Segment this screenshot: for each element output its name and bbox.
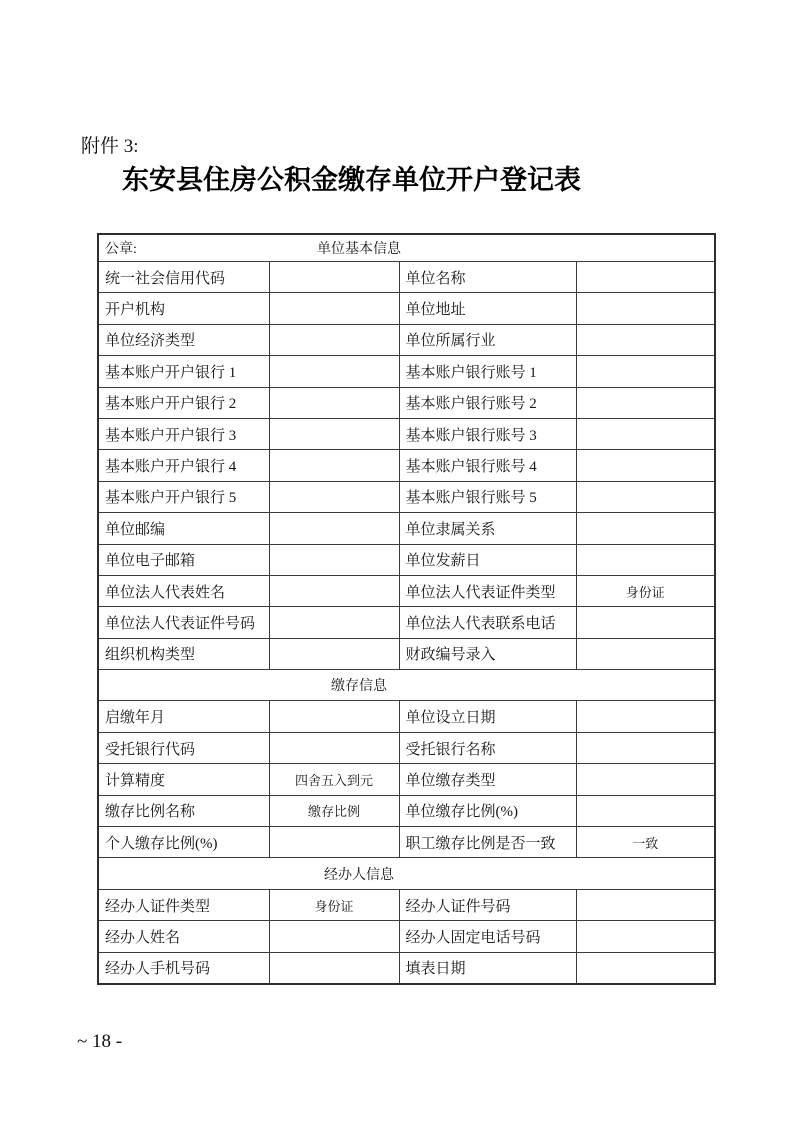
field-label: 计算精度: [98, 764, 269, 795]
field-value: [576, 387, 715, 418]
table-row: 统一社会信用代码单位名称: [98, 262, 715, 293]
field-value: 四舍五入到元: [269, 764, 399, 795]
field-value: [269, 513, 399, 544]
section-title: 经办人信息: [98, 858, 715, 889]
table-row: 启缴年月单位设立日期: [98, 701, 715, 732]
table-row: 基本账户开户银行 2基本账户银行账号 2: [98, 387, 715, 418]
table-row: 基本账户开户银行 1基本账户银行账号 1: [98, 356, 715, 387]
page-title: 东安县住房公积金缴存单位开户登记表: [122, 158, 581, 197]
field-label: 经办人姓名: [98, 921, 269, 952]
field-value: [576, 764, 715, 795]
field-value: [576, 889, 715, 920]
section-title-row: 经办人信息: [98, 858, 715, 889]
table-row: 基本账户开户银行 4基本账户银行账号 4: [98, 450, 715, 481]
table-row: 单位法人代表姓名单位法人代表证件类型身份证: [98, 575, 715, 606]
field-label: 基本账户银行账号 5: [399, 481, 576, 512]
field-label: 受托银行代码: [98, 732, 269, 763]
field-label: 单位发薪日: [399, 544, 576, 575]
field-label: 基本账户银行账号 3: [399, 418, 576, 449]
field-value: [576, 732, 715, 763]
field-value: [269, 450, 399, 481]
field-value: 缴存比例: [269, 795, 399, 826]
attachment-label: 附件 3:: [81, 131, 139, 158]
field-label: 单位名称: [399, 262, 576, 293]
field-label: 单位地址: [399, 293, 576, 324]
field-value: [269, 638, 399, 669]
field-value: [576, 324, 715, 355]
table-row: 基本账户开户银行 3基本账户银行账号 3: [98, 418, 715, 449]
field-value: [576, 293, 715, 324]
field-value: 身份证: [269, 889, 399, 920]
seal-label: 公章:: [105, 238, 137, 258]
table-row: 开户机构单位地址: [98, 293, 715, 324]
field-label: 单位电子邮箱: [98, 544, 269, 575]
field-label: 基本账户银行账号 1: [399, 356, 576, 387]
field-value: [269, 952, 399, 984]
table-row: 单位邮编单位隶属关系: [98, 513, 715, 544]
field-label: 单位经济类型: [98, 324, 269, 355]
field-label: 受托银行名称: [399, 732, 576, 763]
field-label: 经办人证件类型: [98, 889, 269, 920]
field-value: [269, 701, 399, 732]
field-value: [576, 481, 715, 512]
field-label: 单位法人代表证件类型: [399, 575, 576, 606]
field-value: [576, 607, 715, 638]
field-value: [576, 356, 715, 387]
field-label: 单位法人代表姓名: [98, 575, 269, 606]
field-label: 基本账户银行账号 2: [399, 387, 576, 418]
table-row: 计算精度四舍五入到元单位缴存类型: [98, 764, 715, 795]
field-label: 基本账户开户银行 1: [98, 356, 269, 387]
section-title: 单位基本信息: [317, 242, 401, 257]
table-row: 个人缴存比例(%)职工缴存比例是否一致一致: [98, 827, 715, 858]
field-label: 缴存比例名称: [98, 795, 269, 826]
field-value: [269, 921, 399, 952]
field-value: [269, 575, 399, 606]
field-label: 基本账户开户银行 5: [98, 481, 269, 512]
table-row: 经办人姓名经办人固定电话号码: [98, 921, 715, 952]
field-label: 基本账户开户银行 4: [98, 450, 269, 481]
table-row: 缴存比例名称缴存比例单位缴存比例(%): [98, 795, 715, 826]
table-row: 经办人手机号码填表日期: [98, 952, 715, 984]
field-value: [576, 544, 715, 575]
field-label: 基本账户银行账号 4: [399, 450, 576, 481]
field-value: [576, 262, 715, 293]
field-value: [269, 387, 399, 418]
field-label: 单位缴存类型: [399, 764, 576, 795]
field-value: [269, 356, 399, 387]
field-value: [576, 418, 715, 449]
field-value: [269, 732, 399, 763]
field-label: 个人缴存比例(%): [98, 827, 269, 858]
field-label: 经办人证件号码: [399, 889, 576, 920]
field-value: [269, 418, 399, 449]
field-label: 经办人手机号码: [98, 952, 269, 984]
field-label: 单位法人代表证件号码: [98, 607, 269, 638]
field-label: 基本账户开户银行 3: [98, 418, 269, 449]
field-value: [576, 952, 715, 984]
field-label: 开户机构: [98, 293, 269, 324]
field-value: [269, 544, 399, 575]
section-title: 缴存信息: [98, 670, 715, 701]
field-label: 经办人固定电话号码: [399, 921, 576, 952]
document-page: 附件 3: 东安县住房公积金缴存单位开户登记表 公章: 单位基本信息 统一社会信…: [0, 0, 793, 1122]
registration-form-table: 公章: 单位基本信息 统一社会信用代码单位名称开户机构单位地址单位经济类型单位所…: [97, 233, 716, 985]
table-row: 组织机构类型财政编号录入: [98, 638, 715, 669]
field-value: [269, 607, 399, 638]
field-value: [576, 701, 715, 732]
table-row: 经办人证件类型身份证经办人证件号码: [98, 889, 715, 920]
field-value: [269, 481, 399, 512]
field-value: 身份证: [576, 575, 715, 606]
field-value: [269, 827, 399, 858]
table-row: 单位经济类型单位所属行业: [98, 324, 715, 355]
table-row: 单位电子邮箱单位发薪日: [98, 544, 715, 575]
table-header-row: 公章: 单位基本信息: [98, 234, 715, 262]
field-label: 财政编号录入: [399, 638, 576, 669]
section-title-row: 缴存信息: [98, 670, 715, 701]
field-value: [576, 450, 715, 481]
field-label: 单位邮编: [98, 513, 269, 544]
field-label: 基本账户开户银行 2: [98, 387, 269, 418]
field-value: [576, 921, 715, 952]
field-value: [576, 795, 715, 826]
field-label: 单位法人代表联系电话: [399, 607, 576, 638]
field-label: 组织机构类型: [98, 638, 269, 669]
page-number: ~ 18 -: [77, 1031, 122, 1053]
field-label: 单位缴存比例(%): [399, 795, 576, 826]
field-label: 启缴年月: [98, 701, 269, 732]
field-value: 一致: [576, 827, 715, 858]
field-value: [269, 293, 399, 324]
field-label: 统一社会信用代码: [98, 262, 269, 293]
table-header-cell: 公章: 单位基本信息: [98, 234, 715, 262]
field-value: [576, 513, 715, 544]
field-label: 单位设立日期: [399, 701, 576, 732]
field-value: [269, 262, 399, 293]
table-row: 受托银行代码受托银行名称: [98, 732, 715, 763]
table-row: 单位法人代表证件号码单位法人代表联系电话: [98, 607, 715, 638]
field-label: 单位所属行业: [399, 324, 576, 355]
field-value: [269, 324, 399, 355]
field-label: 填表日期: [399, 952, 576, 984]
table-row: 基本账户开户银行 5基本账户银行账号 5: [98, 481, 715, 512]
field-label: 单位隶属关系: [399, 513, 576, 544]
field-label: 职工缴存比例是否一致: [399, 827, 576, 858]
field-value: [576, 638, 715, 669]
